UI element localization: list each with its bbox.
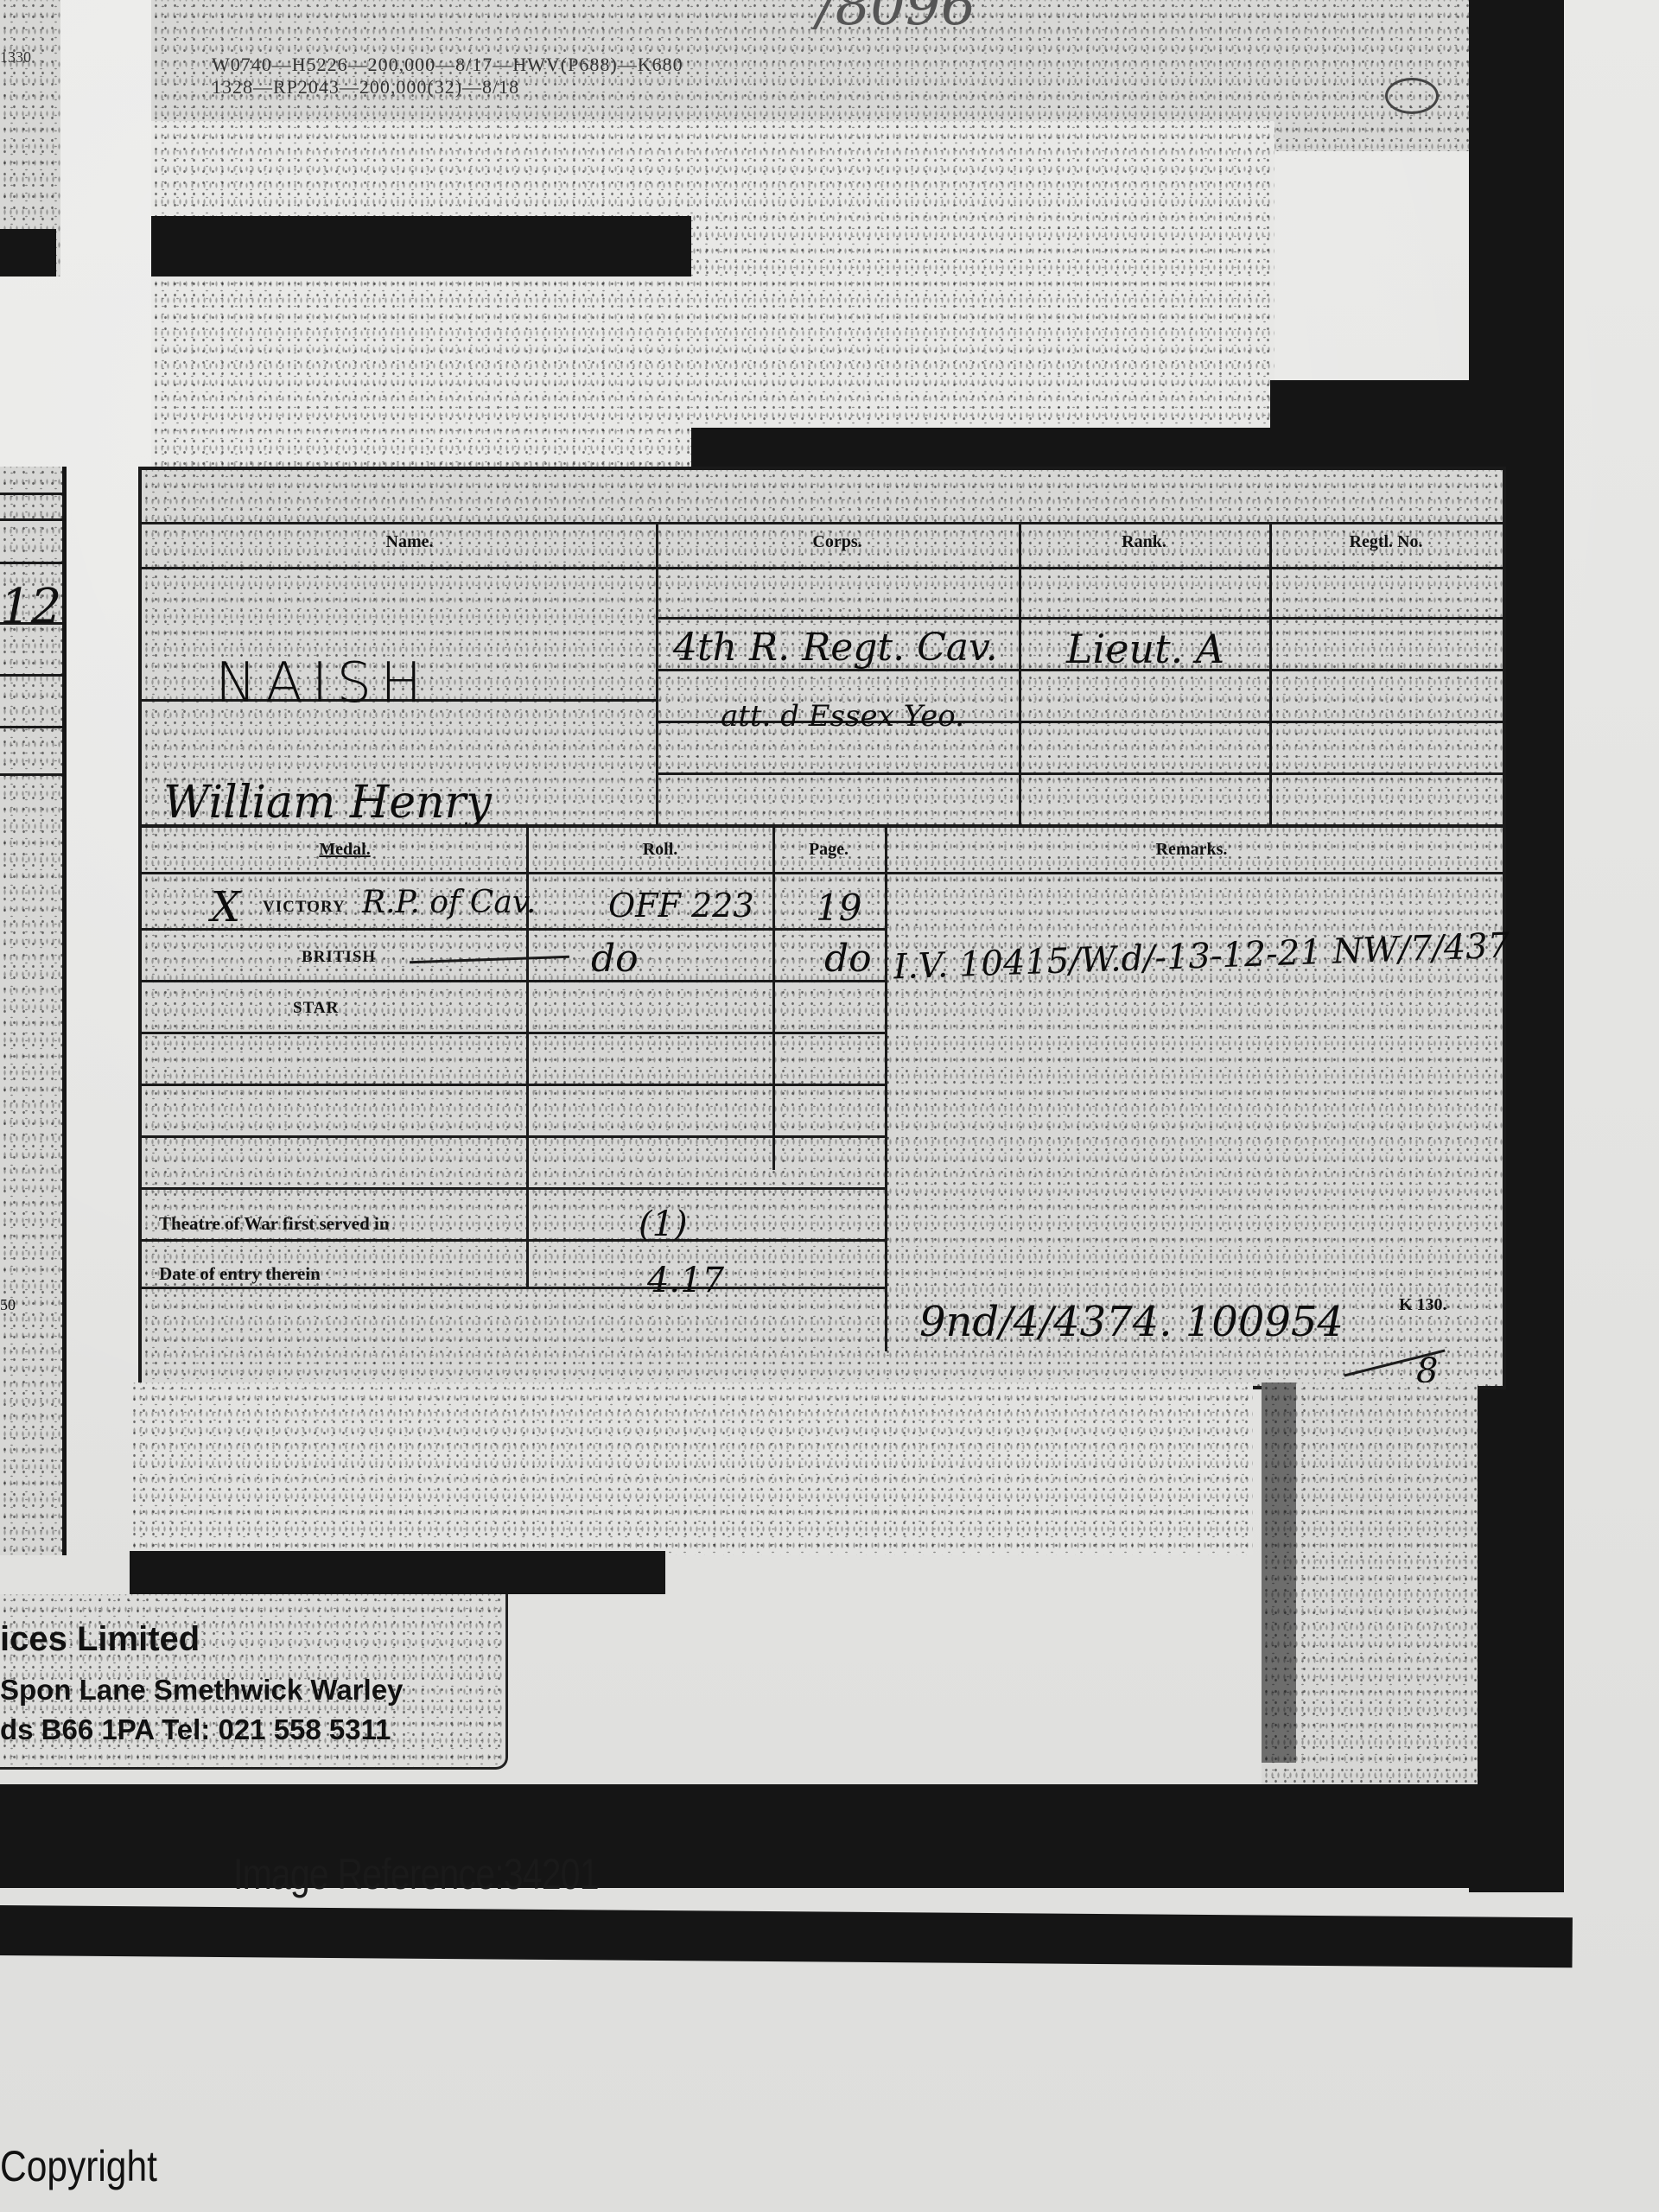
supplier-address-box: ices Limited Spon Lane Smethwick Warley …: [0, 1594, 508, 1770]
medal-label-star: STAR: [293, 999, 339, 1018]
left-card-shadow: [0, 229, 56, 276]
printer-logo-icon: [1385, 78, 1439, 114]
forenames: William Henry: [163, 777, 492, 829]
print-code-line-1: W0740—H5226—200,000—8/17—HWV(P688)—K680: [212, 54, 683, 76]
shadow-block: [151, 216, 691, 276]
adjacent-card-small-number: 50: [0, 1296, 16, 1314]
page-british: do: [824, 937, 872, 981]
print-code-line-2: 1328—RP2043—200,000(32)—8/18: [212, 76, 519, 99]
medal-index-card: Name. Corps. Rank. Regtl. No. NAISH 4th …: [138, 467, 1506, 1389]
header-roll: Roll.: [643, 840, 678, 860]
theatre-value: (1): [639, 1205, 688, 1244]
adjacent-card-left: 12 50: [0, 467, 67, 1555]
page-victory: 19: [816, 887, 861, 929]
remarks-line: I.V. 10415/W.d/-13-12-21 NW/7/437: [893, 926, 1510, 988]
shadow-block: [1270, 380, 1478, 467]
medal-label-british: BRITISH: [302, 948, 376, 967]
header-regtl-no: Regtl. No.: [1350, 532, 1423, 552]
surname: NAISH: [215, 652, 430, 715]
shadow-stripe: [1262, 1382, 1296, 1763]
header-medal: Medal.: [319, 840, 370, 860]
card-top-margin: [151, 121, 1274, 467]
qualified-mark: X: [211, 883, 240, 931]
header-remarks: Remarks.: [1156, 840, 1228, 860]
card-lower-margin: [130, 1382, 1253, 1555]
rank: Lieut. A: [1066, 626, 1224, 672]
dash-stroke: [410, 956, 569, 963]
header-name: Name.: [386, 532, 434, 552]
date-of-entry-value: 4.17: [647, 1261, 724, 1300]
medal-label-victory: VICTORY: [263, 898, 346, 917]
date-of-entry-label: Date of entry therein: [159, 1263, 321, 1285]
medal-note-victory: R.P. of Cav.: [362, 885, 536, 920]
header-rank: Rank.: [1122, 532, 1166, 552]
header-page: Page.: [809, 840, 849, 860]
company-postcode-phone: ds B66 1PA Tel: 021 558 5311: [0, 1713, 391, 1746]
shadow-block: [130, 1551, 665, 1594]
form-code: K 130.: [1399, 1295, 1447, 1315]
corps-line-1: 4th R. Regt. Cav.: [673, 626, 998, 670]
company-name: ices Limited: [0, 1620, 200, 1659]
corps-line-2: att. d Essex Yeo.: [721, 699, 964, 734]
remarks-bottom-reference: 9nd/4/4374. 100954: [919, 1298, 1344, 1346]
image-reference: Image Reference:34201: [233, 1849, 599, 1899]
left-card-reference: 1330: [0, 48, 31, 67]
adjacent-card-number: 12: [0, 579, 61, 635]
theatre-label: Theatre of War first served in: [159, 1213, 390, 1235]
company-address: Spon Lane Smethwick Warley: [0, 1674, 403, 1707]
roll-victory: OFF 223: [608, 887, 754, 925]
copyright-text: Copyright: [0, 2141, 157, 2191]
handwritten-reference: /8096: [817, 0, 976, 38]
roll-british: do: [591, 937, 639, 981]
header-corps: Corps.: [812, 532, 861, 552]
